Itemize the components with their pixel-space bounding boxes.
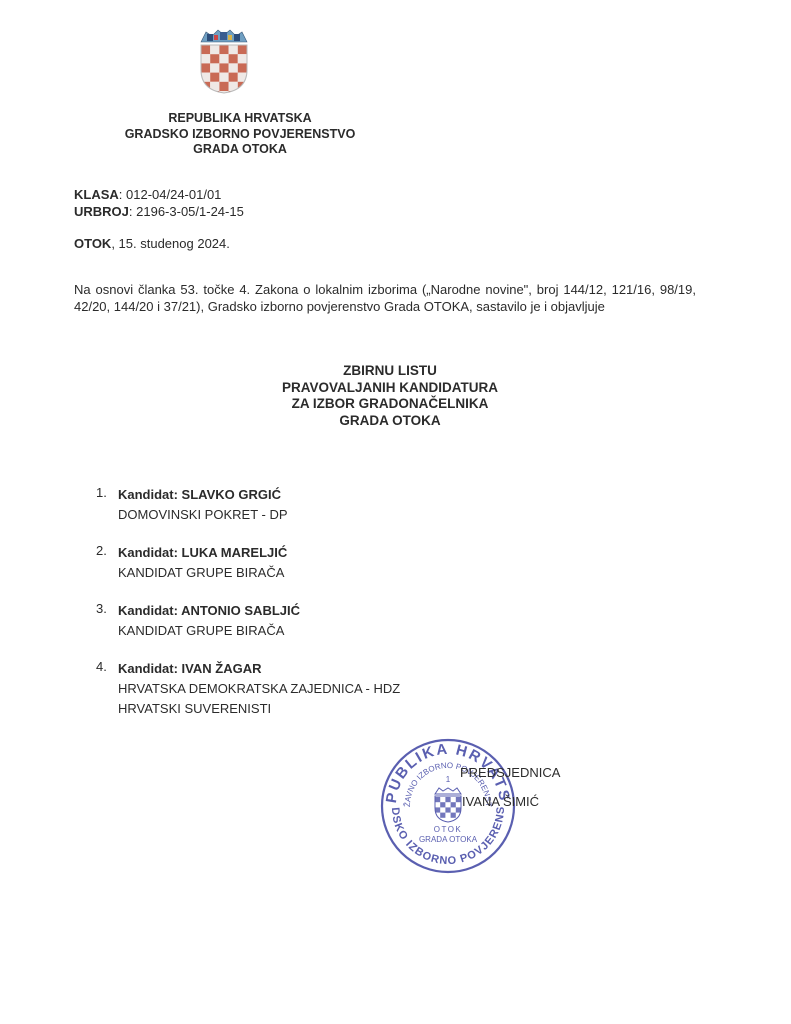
header-line-2: GRADSKO IZBORNO POVJERENSTVO bbox=[90, 127, 390, 143]
signatory-name: IVANA ŠIMIĆ bbox=[460, 787, 560, 816]
klasa-label: KLASA bbox=[74, 187, 119, 202]
coat-of-arms-icon bbox=[198, 28, 250, 94]
header-line-3: GRADA OTOKA bbox=[90, 142, 390, 158]
urbroj-value: : 2196-3-05/1-24-15 bbox=[129, 204, 244, 219]
klasa-value: : 012-04/24-01/01 bbox=[119, 187, 222, 202]
date-text: , 15. studenog 2024. bbox=[111, 236, 230, 251]
title-line-3: ZA IZBOR GRADONAČELNIKA bbox=[240, 396, 540, 413]
candidate-party: DOMOVINSKI POKRET - DP bbox=[118, 505, 400, 525]
candidate-item: 1. Kandidat: SLAVKO GRGIĆ DOMOVINSKI POK… bbox=[96, 485, 400, 525]
signature-block: PREDSJEDNICA IVANA ŠIMIĆ bbox=[460, 758, 560, 816]
candidate-number: 4. bbox=[96, 659, 107, 674]
candidate-party: HRVATSKI SUVERENISTI bbox=[118, 699, 400, 719]
stamp-city: GRADA OTOKA bbox=[419, 835, 478, 844]
candidate-item: 4. Kandidat: IVAN ŽAGAR HRVATSKA DEMOKRA… bbox=[96, 659, 400, 719]
candidate-name: Kandidat: LUKA MARELJIĆ bbox=[118, 543, 400, 563]
urbroj-label: URBROJ bbox=[74, 204, 129, 219]
date-place: OTOK bbox=[74, 236, 111, 251]
stamp-coat-icon bbox=[435, 788, 461, 822]
stamp-place: OTOK bbox=[434, 825, 463, 834]
candidate-name: Kandidat: IVAN ŽAGAR bbox=[118, 659, 400, 679]
candidate-party: KANDIDAT GRUPE BIRAČA bbox=[118, 563, 400, 583]
candidate-list: 1. Kandidat: SLAVKO GRGIĆ DOMOVINSKI POK… bbox=[96, 485, 400, 737]
candidate-name: Kandidat: ANTONIO SABLJIĆ bbox=[118, 601, 400, 621]
intro-paragraph: Na osnovi članka 53. točke 4. Zakona o l… bbox=[74, 282, 696, 315]
title-line-2: PRAVOVALJANIH KANDIDATURA bbox=[240, 380, 540, 397]
title-line-4: GRADA OTOKA bbox=[240, 413, 540, 430]
header-line-1: REPUBLIKA HRVATSKA bbox=[90, 111, 390, 127]
candidate-party: KANDIDAT GRUPE BIRAČA bbox=[118, 621, 400, 641]
urbroj-row: URBROJ: 2196-3-05/1-24-15 bbox=[74, 203, 244, 220]
stamp-number: 1 bbox=[446, 775, 451, 784]
candidate-item: 2. Kandidat: LUKA MARELJIĆ KANDIDAT GRUP… bbox=[96, 543, 400, 583]
candidate-number: 3. bbox=[96, 601, 107, 616]
candidate-party: HRVATSKA DEMOKRATSKA ZAJEDNICA - HDZ bbox=[118, 679, 400, 699]
candidate-number: 1. bbox=[96, 485, 107, 500]
signatory-role: PREDSJEDNICA bbox=[460, 758, 560, 787]
title-line-1: ZBIRNU LISTU bbox=[240, 363, 540, 380]
issuer-header: REPUBLIKA HRVATSKA GRADSKO IZBORNO POVJE… bbox=[90, 111, 390, 158]
document-reference: KLASA: 012-04/24-01/01 URBROJ: 2196-3-05… bbox=[74, 186, 244, 220]
candidate-number: 2. bbox=[96, 543, 107, 558]
document-title: ZBIRNU LISTU PRAVOVALJANIH KANDIDATURA Z… bbox=[240, 363, 540, 429]
candidate-item: 3. Kandidat: ANTONIO SABLJIĆ KANDIDAT GR… bbox=[96, 601, 400, 641]
document-date: OTOK, 15. studenog 2024. bbox=[74, 236, 230, 251]
candidate-name: Kandidat: SLAVKO GRGIĆ bbox=[118, 485, 400, 505]
klasa-row: KLASA: 012-04/24-01/01 bbox=[74, 186, 244, 203]
